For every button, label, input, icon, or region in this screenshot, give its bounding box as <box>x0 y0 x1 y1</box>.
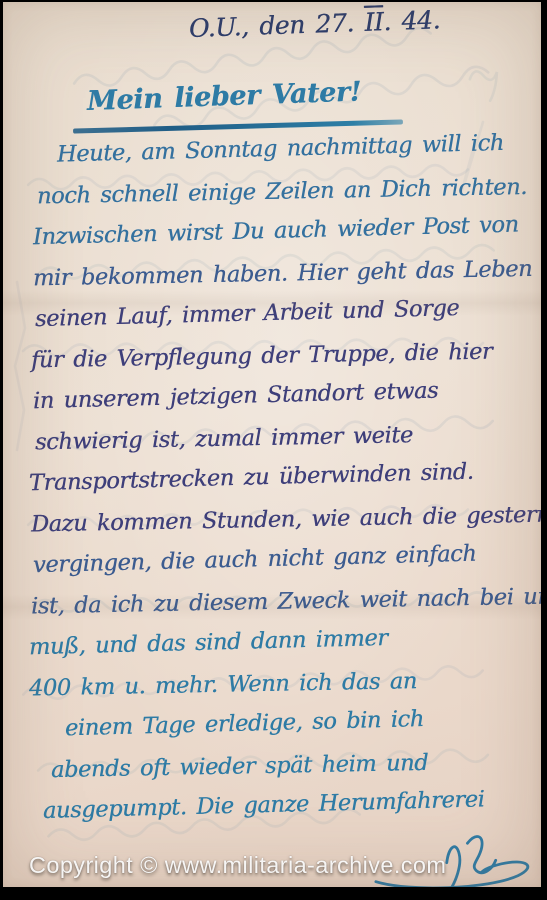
photographed-letter: O.U., den 27. II. 44. Mein lieber Vater!… <box>0 0 547 900</box>
letter-body: Heute, am Sonntag nachmittag will ich no… <box>3 136 541 833</box>
dateline-month-roman: II <box>364 7 384 37</box>
dateline-year: . 44. <box>383 5 441 36</box>
dateline-place-day: O.U., den 27. <box>188 8 354 43</box>
letter-paper: O.U., den 27. II. 44. Mein lieber Vater!… <box>3 2 541 887</box>
copyright-watermark: Copyright © www.militaria-archive.com <box>29 852 446 879</box>
